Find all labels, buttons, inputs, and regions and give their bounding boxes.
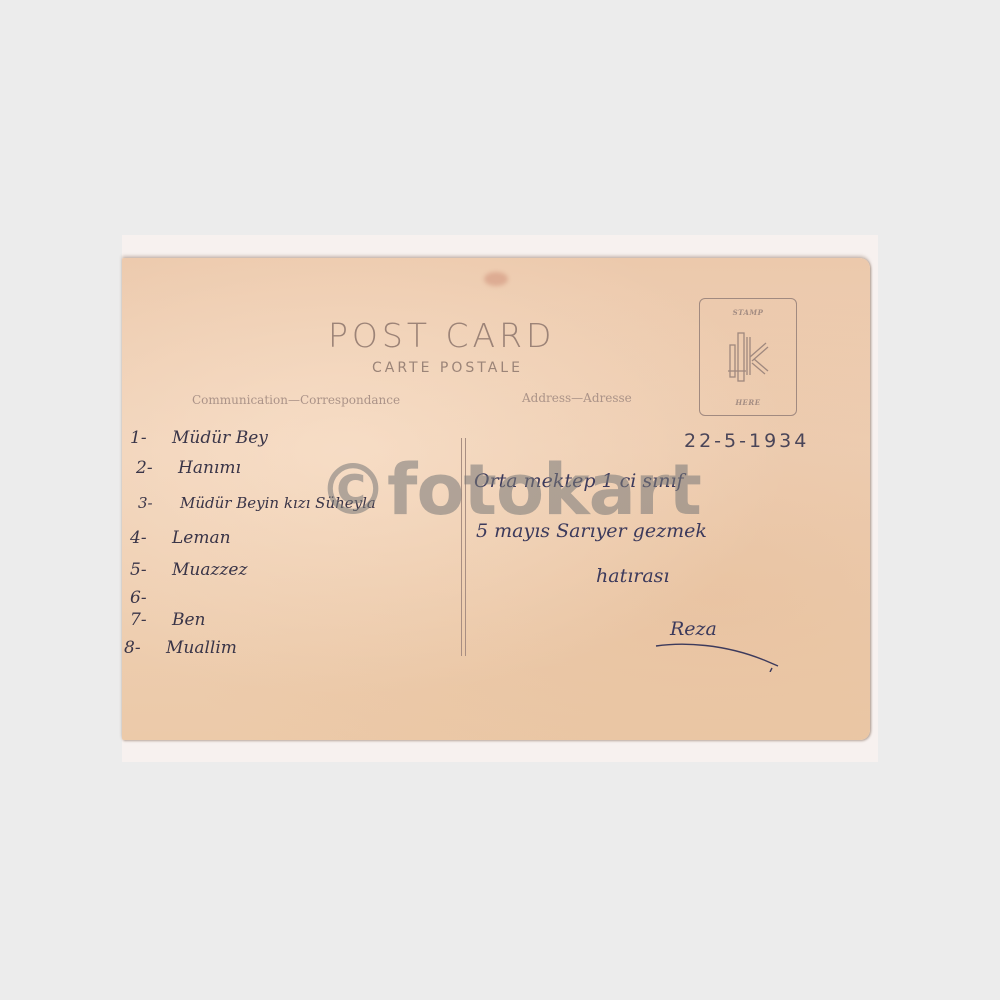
postcard-subtitle: CARTE POSTALE (372, 360, 523, 376)
list-item: 2-Hanımı (136, 458, 241, 478)
signature-flourish-icon (654, 636, 784, 672)
list-item: 7-Ben (130, 610, 206, 630)
stamp-box: STAMP HERE (699, 298, 797, 416)
list-item: 3-Müdür Beyin kızı Süheyla (138, 494, 376, 512)
postcard: POST CARD CARTE POSTALE Communication—Co… (122, 258, 870, 740)
divider-line (461, 438, 466, 656)
correspondence-label: Communication—Correspondance (192, 393, 400, 407)
list-item: 4-Leman (130, 528, 231, 548)
stamp-top-text: STAMP (700, 308, 796, 317)
message-line: Orta mektep 1 ci sınıf (474, 470, 684, 492)
stamp-bottom-text: HERE (700, 398, 796, 407)
ik-monogram-icon (724, 327, 774, 387)
stain-mark (484, 272, 508, 286)
list-item: 1-Müdür Bey (130, 428, 268, 448)
list-item: 5-Muazzez (130, 560, 247, 580)
message-line: 5 mayıs Sarıyer gezmek (476, 520, 707, 542)
address-label: Address—Adresse (522, 391, 632, 405)
postcard-title: POST CARD (328, 316, 555, 355)
message-line: hatırası (596, 565, 670, 587)
date: 22-5-1934 (684, 430, 809, 452)
list-item: 8-Muallim (124, 638, 237, 658)
list-item: 6- (130, 588, 172, 608)
